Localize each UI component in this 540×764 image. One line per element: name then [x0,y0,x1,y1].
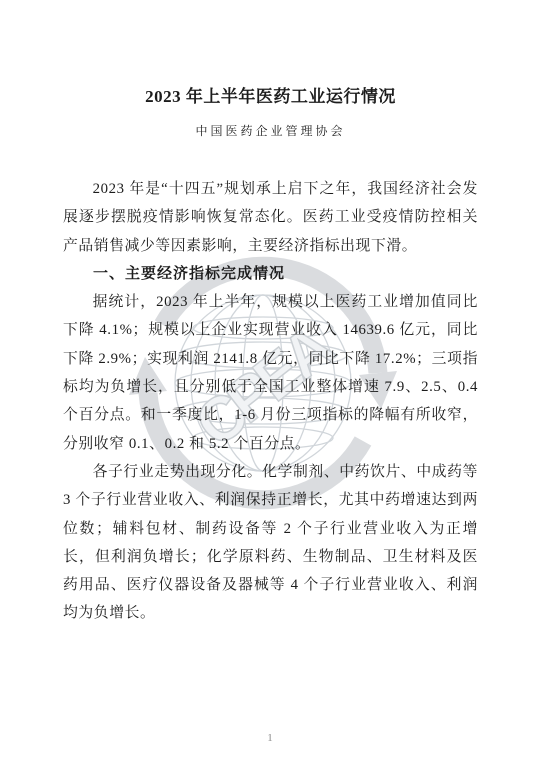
document-author: 中国医药企业管理协会 [63,123,478,139]
paragraph-introduction: 2023 年是“十四五”规划承上启下之年，我国经济社会发展逐步摆脱疫情影响恢复常… [63,175,478,260]
document-body: 2023 年上半年医药工业运行情况 中国医药企业管理协会 2023 年是“十四五… [63,84,478,628]
page-number: 1 [0,732,540,744]
document-page: CPEA 2023 年上半年医药工业运行情况 中国医药企业管理协会 2023 年… [0,0,540,764]
paragraph-main-indicators: 据统计，2023 年上半年，规模以上医药工业增加值同比下降 4.1%；规模以上企… [63,288,478,458]
document-title: 2023 年上半年医药工业运行情况 [63,84,478,110]
paragraph-sub-industries: 各子行业走势出现分化。化学制剂、中药饮片、中成药等 3 个子行业营业收入、利润保… [63,458,478,628]
section-1-heading: 一、主要经济指标完成情况 [63,260,478,288]
